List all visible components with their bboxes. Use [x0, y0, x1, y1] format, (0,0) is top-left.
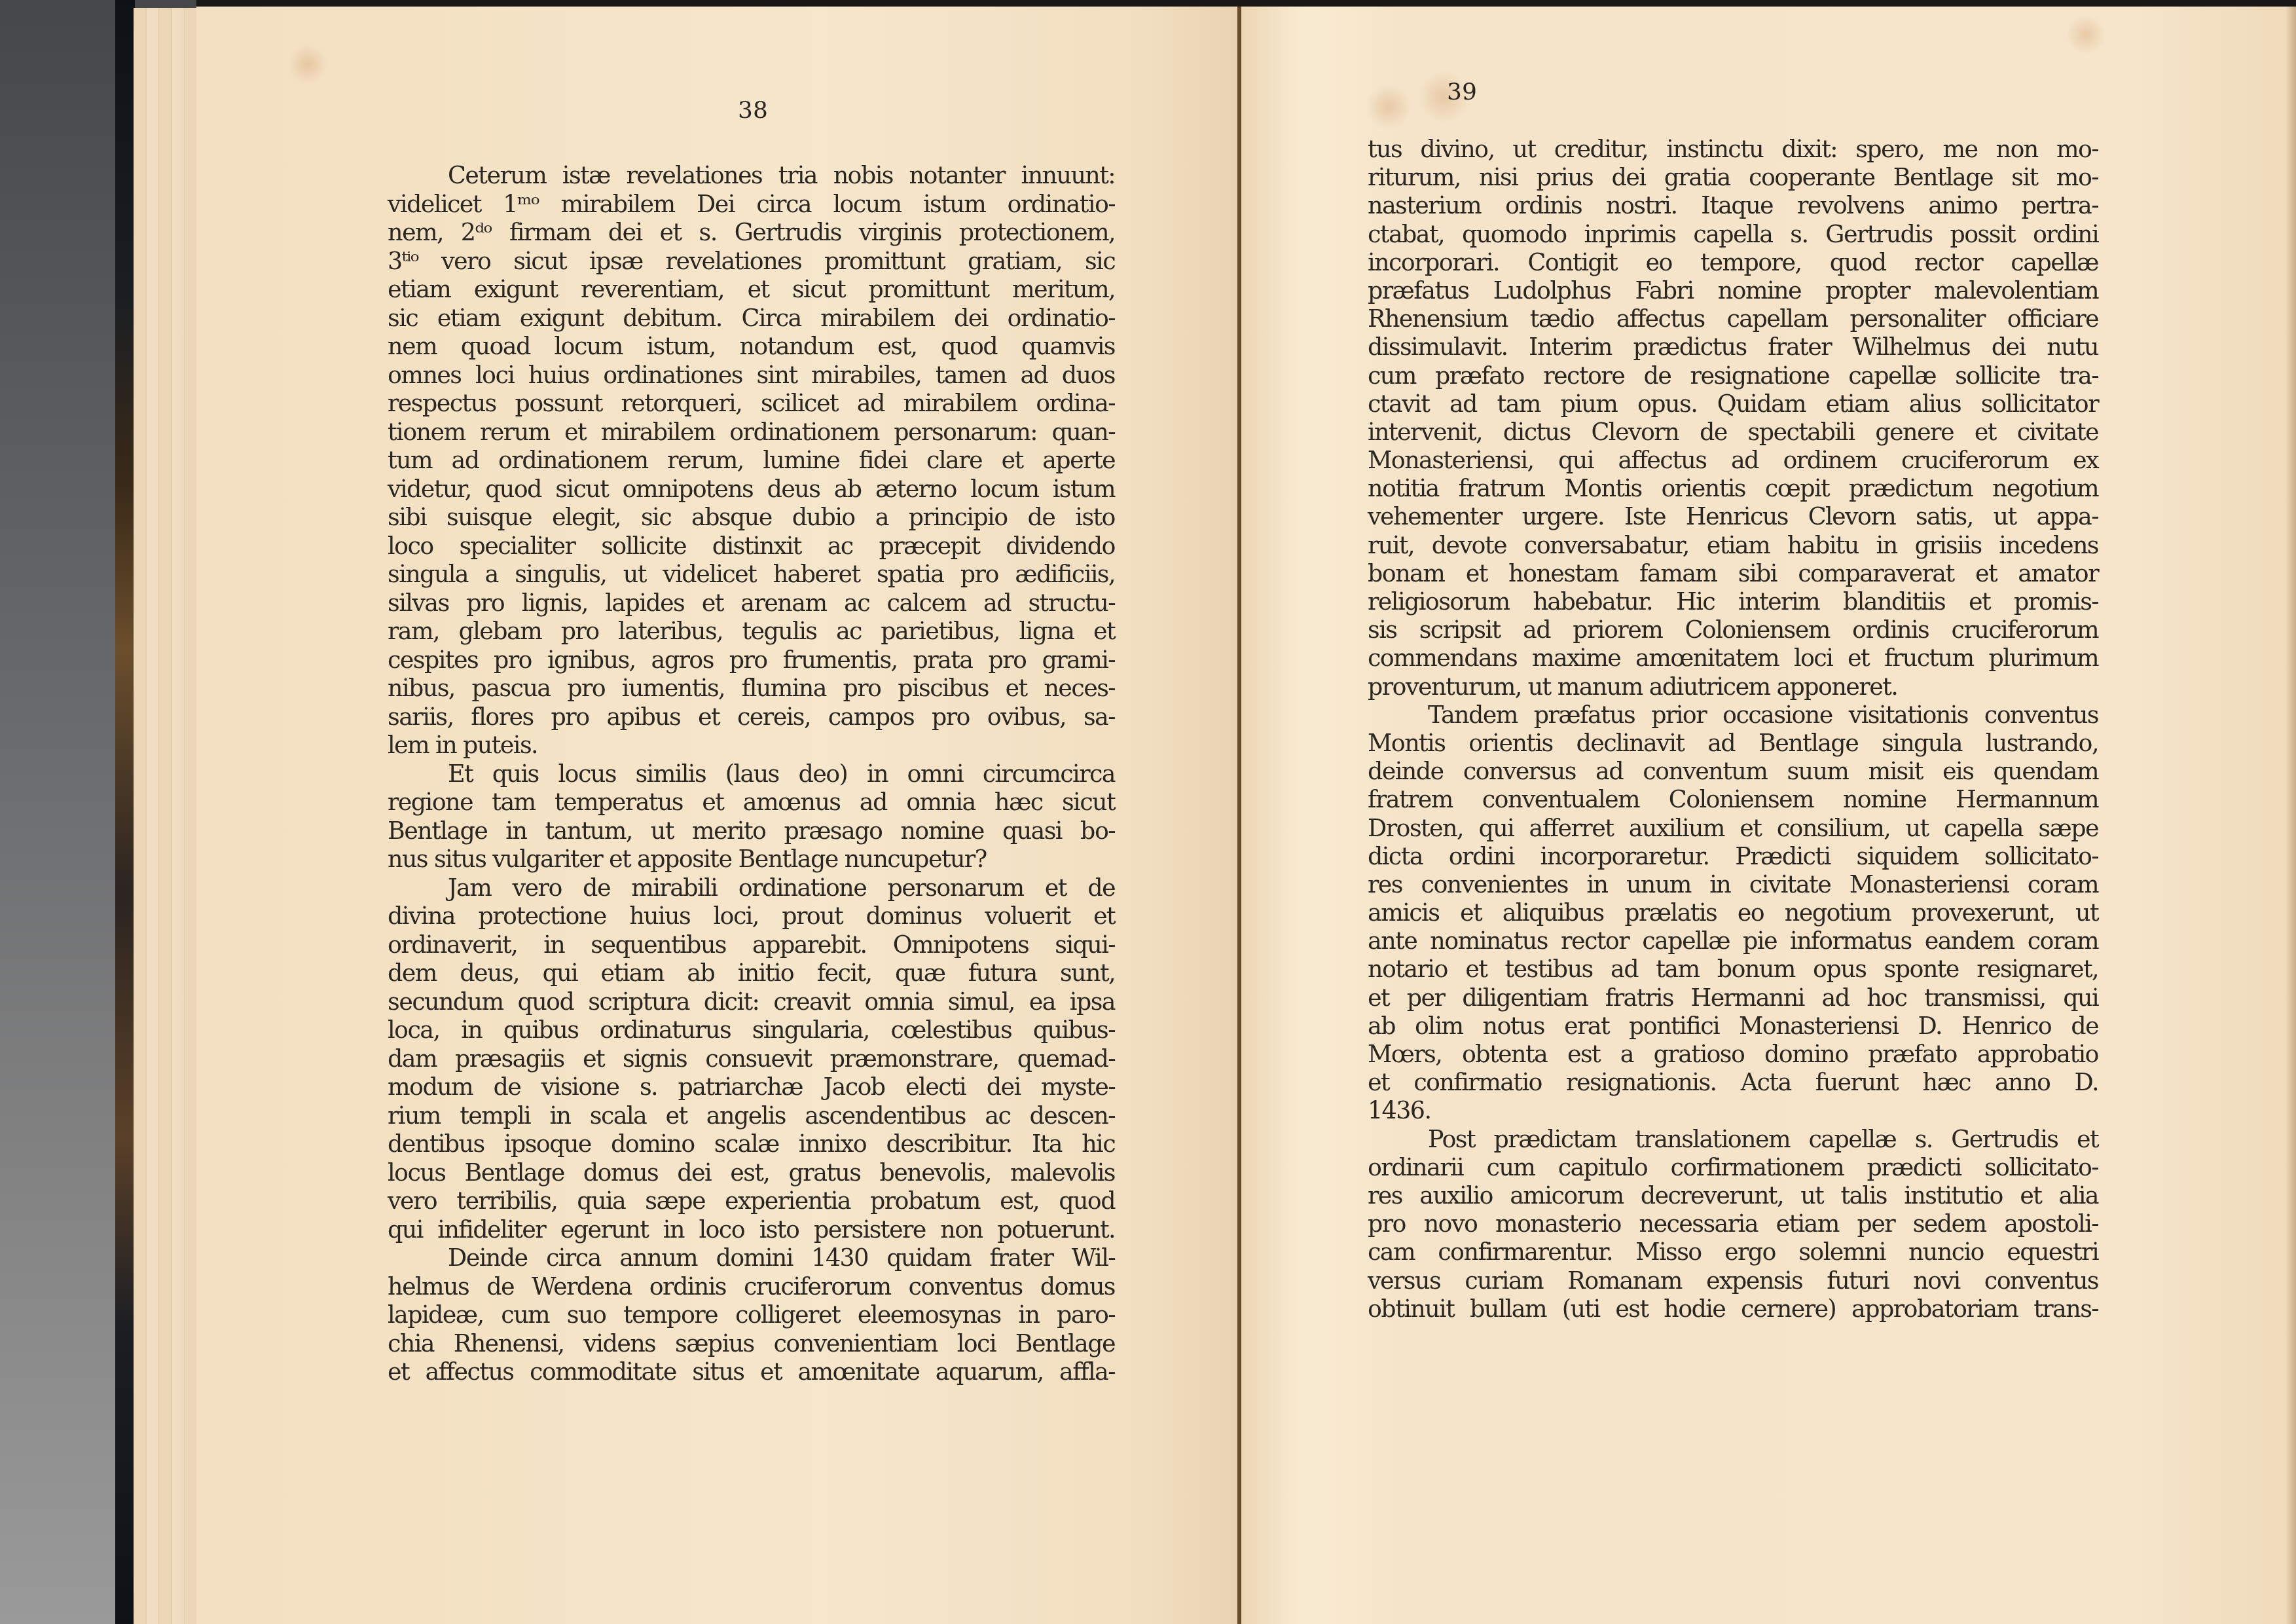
text-line: helmus de Werdena ordinis cruciferorum c…: [388, 1272, 1115, 1301]
text-line: dem deus, qui etiam ab initio fecit, quæ…: [388, 959, 1115, 987]
page-stack-edges: [134, 8, 199, 1624]
text-line: ctabat, quomodo inprimis capella s. Gert…: [1368, 220, 2098, 248]
text-line: et per diligentiam fratris Hermanni ad h…: [1368, 984, 2098, 1012]
right-page: 39 tus divino, ut creditur, instinctu di…: [1241, 5, 2296, 1624]
text-line: notario et testibus ad tam bonum opus sp…: [1368, 955, 2098, 983]
text-line: sis scripsit ad priorem Coloniensem ordi…: [1368, 616, 2098, 644]
text-line: bonam et honestam famam sibi comparavera…: [1368, 559, 2098, 587]
text-line: ctavit ad tam pium opus. Quidam etiam al…: [1368, 390, 2098, 418]
text-line: modum de visione s. patriarchæ Jacob ele…: [388, 1073, 1115, 1101]
page-number-left: 38: [720, 97, 786, 124]
text-line: divina protectione huius loci, prout dom…: [388, 902, 1115, 931]
text-line: nus situs vulgariter et apposite Bentlag…: [388, 845, 1115, 874]
text-line: et affectus commoditate situs et amœnita…: [388, 1357, 1115, 1386]
text-line: amicis et aliquibus prælatis eo negotium…: [1368, 898, 2098, 927]
text-line: silvas pro lignis, lapides et arenam ac …: [388, 589, 1115, 618]
text-line: incorporari. Contigit eo tempore, quod r…: [1368, 248, 2098, 276]
text-line: ruit, devote conversabatur, etiam habitu…: [1368, 531, 2098, 559]
text-line: vehementer urgere. Iste Henricus Clevorn…: [1368, 502, 2098, 530]
text-line: tum ad ordinationem rerum, lumine fidei …: [388, 446, 1115, 475]
text-line: etiam exigunt reverentiam, et sicut prom…: [388, 275, 1115, 304]
text-line: præfatus Ludolphus Fabri nomine propter …: [1368, 276, 2098, 304]
text-line: nem, 2ᵈᵒ firmam dei et s. Gertrudis virg…: [388, 218, 1115, 247]
text-line: riturum, nisi prius dei gratia cooperant…: [1368, 163, 2098, 191]
text-line: Rhenensium tædio affectus capellam perso…: [1368, 304, 2098, 333]
text-line: Bentlage in tantum, ut merito præsago no…: [388, 817, 1115, 845]
book-top-edge: [196, 0, 2296, 7]
text-line: secundum quod scriptura dicit: creavit o…: [388, 987, 1115, 1016]
text-line: sariis, flores pro apibus et cereis, cam…: [388, 703, 1115, 731]
text-line: Et quis locus similis (laus deo) in omni…: [388, 760, 1115, 788]
text-line: lem in puteis.: [388, 731, 1115, 760]
text-line: tionem rerum et mirabilem ordinationem p…: [388, 418, 1115, 447]
text-line: locus Bentlage domus dei est, gratus ben…: [388, 1158, 1115, 1187]
text-line: res auxilio amicorum decreverunt, ut tal…: [1368, 1181, 2098, 1209]
text-line: Mœrs, obtenta est a gratioso domino præf…: [1368, 1040, 2098, 1068]
paper-stain: [288, 45, 327, 84]
text-line: nibus, pascua pro iumentis, flumina pro …: [388, 674, 1115, 703]
text-line: Jam vero de mirabili ordinatione persona…: [388, 874, 1115, 902]
text-line: cum præfato rectore de resignatione cape…: [1368, 361, 2098, 390]
text-line: videlicet 1ᵐᵒ mirabilem Dei circa locum …: [388, 190, 1115, 219]
text-line: Deinde circa annum domini 1430 quidam fr…: [388, 1244, 1115, 1272]
text-line: versus curiam Romanam expensis futuri no…: [1368, 1266, 2098, 1295]
text-line: rium templi in scala et angelis ascenden…: [388, 1101, 1115, 1130]
text-line: res convenientes in unum in civitate Mon…: [1368, 870, 2098, 898]
text-line: ab olim notus erat pontifici Monasterien…: [1368, 1012, 2098, 1040]
text-line: dam præsagiis et signis consuevit præmon…: [388, 1044, 1115, 1073]
text-line: dissimulavit. Interim prædictus frater W…: [1368, 333, 2098, 361]
right-page-text: tus divino, ut creditur, instinctu dixit…: [1368, 135, 2098, 1323]
text-line: cam confirmarentur. Misso ergo solemni n…: [1368, 1238, 2098, 1266]
left-page: 38 Ceterum istæ revelationes tria nobis …: [196, 5, 1239, 1624]
text-line: videtur, quod sicut omnipotens deus ab æ…: [388, 475, 1115, 504]
page-number-right: 39: [1429, 79, 1495, 105]
text-line: nem quoad locum istum, notandum est, quo…: [388, 332, 1115, 361]
text-line: Post prædictam translationem capellæ s. …: [1368, 1125, 2098, 1153]
text-line: Montis orientis declinavit ad Bentlage s…: [1368, 729, 2098, 757]
text-line: nasterium ordinis nostri. Itaque revolve…: [1368, 191, 2098, 219]
text-line: regione tam temperatus et amœnus ad omni…: [388, 788, 1115, 817]
text-line: obtinuit bullam (uti est hodie cernere) …: [1368, 1295, 2098, 1323]
text-line: cespites pro ignibus, agros pro frumenti…: [388, 646, 1115, 674]
text-line: religiosorum habebatur. Hic interim blan…: [1368, 587, 2098, 616]
text-line: fratrem conventualem Coloniensem nomine …: [1368, 785, 2098, 813]
text-line: pro novo monasterio necessaria etiam per…: [1368, 1209, 2098, 1238]
text-line: dentibus ipsoque domino scalæ innixo des…: [388, 1130, 1115, 1158]
text-line: ordinaverit, in sequentibus apparebit. O…: [388, 931, 1115, 959]
text-line: intervenit, dictus Clevorn de spectabili…: [1368, 418, 2098, 446]
text-line: 3ᵗⁱᵒ vero sicut ipsæ revelationes promit…: [388, 247, 1115, 276]
text-line: ante nominatus rector capellæ pie inform…: [1368, 927, 2098, 955]
text-line: Drosten, qui afferret auxilium et consil…: [1368, 814, 2098, 842]
text-line: qui infideliter egerunt in loco isto per…: [388, 1215, 1115, 1244]
text-line: sic etiam exigunt debitum. Circa mirabil…: [388, 304, 1115, 333]
text-line: commendans maxime amœnitatem loci et fru…: [1368, 644, 2098, 672]
book-spread: 38 Ceterum istæ revelationes tria nobis …: [196, 5, 2296, 1624]
text-line: dicta ordini incorporaretur. Prædicti si…: [1368, 842, 2098, 870]
text-line: Tandem præfatus prior occasione visitati…: [1368, 701, 2098, 729]
text-line: ram, glebam pro lateribus, tegulis ac pa…: [388, 617, 1115, 646]
book-cover-edge: [115, 0, 135, 1624]
text-line: et confirmatio resignationis. Acta fueru…: [1368, 1068, 2098, 1096]
text-line: ordinarii cum capitulo corfirmationem pr…: [1368, 1153, 2098, 1181]
text-line: 1436.: [1368, 1096, 2098, 1124]
text-line: respectus possunt retorqueri, scilicet a…: [388, 389, 1115, 418]
paper-stain: [2066, 15, 2105, 54]
text-line: omnes loci huius ordinationes sint mirab…: [388, 361, 1115, 390]
left-page-text: Ceterum istæ revelationes tria nobis not…: [388, 161, 1115, 1386]
text-line: vero terribilis, quia sæpe experientia p…: [388, 1187, 1115, 1215]
text-line: tus divino, ut creditur, instinctu dixit…: [1368, 135, 2098, 163]
text-line: notitia fratrum Montis orientis cœpit pr…: [1368, 474, 2098, 502]
text-line: chia Rhenensi, videns sæpius convenienti…: [388, 1329, 1115, 1358]
text-line: singula a singulis, ut videlicet haberet…: [388, 560, 1115, 589]
text-line: loco specialiter sollicite distinxit ac …: [388, 532, 1115, 561]
text-line: lapideæ, cum suo tempore colligeret elee…: [388, 1301, 1115, 1329]
paper-stain: [1366, 84, 1412, 130]
text-line: Ceterum istæ revelationes tria nobis not…: [388, 161, 1115, 190]
text-line: deinde conversus ad conventum suum misit…: [1368, 757, 2098, 785]
text-line: sibi suisque elegit, sic absque dubio a …: [388, 503, 1115, 532]
text-line: proventurum, ut manum adiutricem apponer…: [1368, 673, 2098, 701]
text-line: loca, in quibus ordinaturus singularia, …: [388, 1016, 1115, 1044]
text-line: Monasteriensi, qui affectus ad ordinem c…: [1368, 446, 2098, 474]
